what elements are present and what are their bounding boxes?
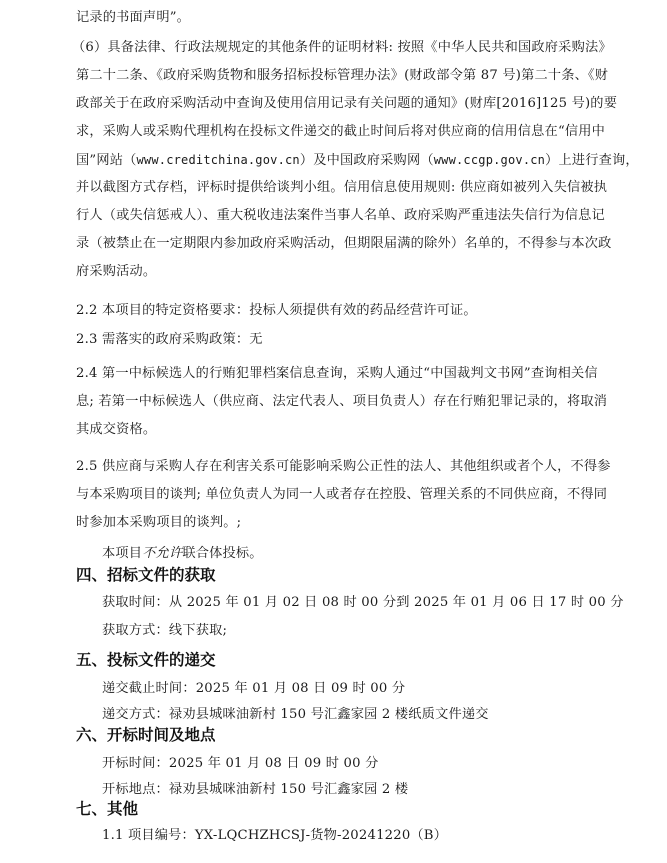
submission-deadline: 递交截止时间：2025 年 01 月 08 日 09 时 00 分 — [102, 680, 405, 698]
paragraph-line: 录（被禁止在一定期限内参加政府采购活动，但期限届满的除外）名单的，不得参与本次政 — [76, 235, 612, 253]
document-page: 记录的书面声明”。 （6）具备法律、行政法规规定的其他条件的证明材料: 按照《中… — [0, 0, 667, 863]
paragraph-line: 第二十二条、《政府采购货物和服务招标投标管理办法》(财政部令第 87 号)第二十… — [76, 67, 608, 85]
paragraph-line: 国”网站（www.creditchina.gov.cn）及中国政府采购网（www… — [76, 151, 639, 170]
text-segment: ）及中国政府采购网（ — [300, 153, 434, 168]
paragraph-line: 其成交资格。 — [76, 421, 156, 439]
opening-place: 开标地点：禄劝县城咪油新村 150 号汇鑫家园 2 楼 — [102, 781, 408, 799]
paragraph-line: 时参加本采购项目的谈判。; — [76, 514, 241, 532]
acquisition-method: 获取方式：线下获取; — [102, 622, 227, 640]
creditchina-url: www.creditchina.gov.cn — [137, 153, 300, 167]
qualification-requirement: 2.2 本项目的特定资格要求：投标人须提供有效的药品经营许可证。 — [76, 302, 477, 320]
text-segment: 联合体投标。 — [182, 546, 262, 561]
section-heading-5: 五、投标文件的递交 — [76, 650, 216, 670]
paragraph-line: 与本采购项目的谈判; 单位负责人为同一人或者存在控股、管理关系的不同供应商，不得… — [76, 486, 607, 504]
paragraph-line: 行人（或失信惩戒人）、重大税收违法案件当事人名单、政府采购严重违法失信行为信息记 — [76, 207, 605, 225]
paragraph-line: 府采购活动。 — [76, 263, 156, 281]
section-heading-6: 六、开标时间及地点 — [76, 725, 216, 745]
joint-bid-note: 本项目不允许联合体投标。 — [102, 545, 263, 563]
text-segment: 国”网站（ — [76, 153, 137, 168]
text-segment: ）上进行查询， — [545, 153, 639, 168]
section-heading-7: 七、其他 — [76, 799, 138, 819]
paragraph-line: 政部关于在政府采购活动中查询及使用信用记录有关问题的通知》(财库[2016]12… — [76, 95, 617, 113]
paragraph-line: 息; 若第一中标候选人（供应商、法定代表人、项目负责人）存在行贿犯罪记录的，将取… — [76, 393, 607, 411]
acquisition-time: 获取时间：从 2025 年 01 月 02 日 08 时 00 分到 2025 … — [102, 594, 624, 612]
emphasis-text: 不允许 — [142, 546, 182, 561]
paragraph-line: 求，采购人或采购代理机构在投标文件递交的截止时间后将对供应商的信用信息在“信用中 — [76, 123, 605, 141]
paragraph-line: 记录的书面声明”。 — [76, 9, 190, 27]
project-number: 1.1 项目编号：YX-LQCHZHCSJ-货物-20241220（B） — [102, 827, 447, 845]
paragraph-line: （6）具备法律、行政法规规定的其他条件的证明材料: 按照《中华人民共和国政府采购… — [72, 39, 612, 57]
submission-method: 递交方式：禄劝县城咪油新村 150 号汇鑫家园 2 楼纸质文件递交 — [102, 706, 489, 724]
opening-time: 开标时间：2025 年 01 月 08 日 09 时 00 分 — [102, 755, 379, 773]
paragraph-line: 2.4 第一中标候选人的行贿犯罪档案信息查询，采购人通过“中国裁判文书网”查询相… — [76, 365, 598, 383]
procurement-policy: 2.3 需落实的政府采购政策：无 — [76, 331, 263, 349]
paragraph-line: 并以截图方式存档，评标时提供给谈判小组。信用信息使用规则: 供应商如被列入失信被… — [76, 179, 607, 197]
ccgp-url: www.ccgp.gov.cn — [434, 153, 545, 167]
text-segment: 本项目 — [102, 546, 142, 561]
section-heading-4: 四、招标文件的获取 — [76, 565, 216, 585]
paragraph-line: 2.5 供应商与采购人存在利害关系可能影响采购公正性的法人、其他组织或者个人，不… — [76, 458, 611, 476]
